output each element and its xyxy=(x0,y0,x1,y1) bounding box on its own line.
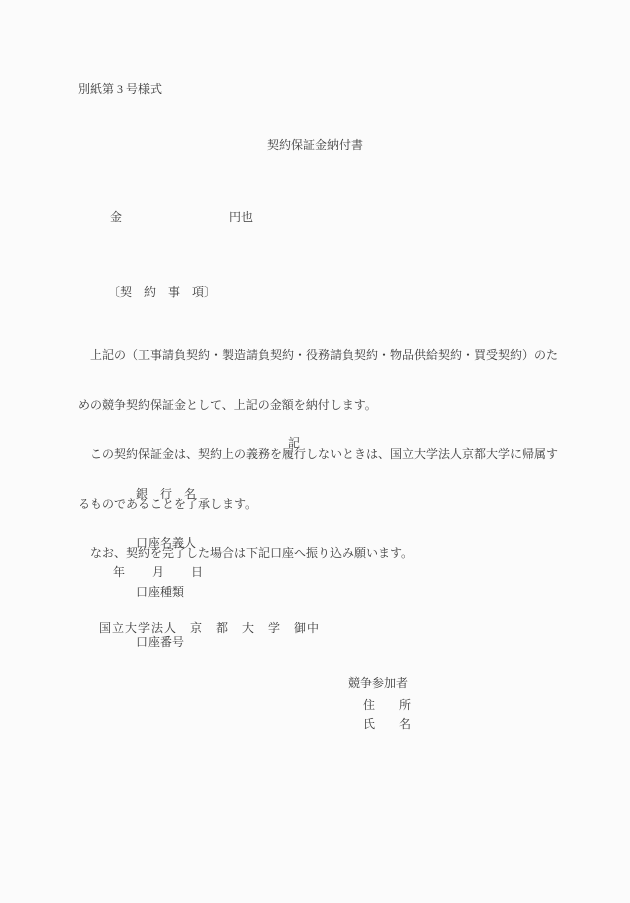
bank-name-label: 銀 行 名 xyxy=(136,485,196,504)
amount-prefix: 金 xyxy=(110,210,122,224)
bidder-heading: 競争参加者 xyxy=(348,676,408,690)
amount-suffix: 円也 xyxy=(229,210,253,224)
body-line-2: めの競争契約保証金として、上記の金額を納付します。 xyxy=(78,396,558,416)
account-number-label: 口座番号 xyxy=(136,633,196,652)
amount-value-blank xyxy=(125,210,225,224)
bidder-address-label: 住 所 xyxy=(363,698,411,712)
addressee: 国立大学法人 京 都 大 学 御中 xyxy=(99,621,320,635)
date-line: 年 月 日 xyxy=(113,565,204,579)
document-title: 契約保証金納付書 xyxy=(0,138,630,152)
bidder-name-label: 氏 名 xyxy=(363,717,411,731)
document-page: 別紙第 3 号様式 契約保証金納付書 金 円也 〔契 約 事 項〕 上記の（工事… xyxy=(0,0,630,903)
note-marker: 記 xyxy=(288,436,300,450)
account-type-label: 口座種類 xyxy=(136,583,196,602)
body-line-1: 上記の（工事請負契約・製造請負契約・役務請負契約・物品供給契約・買受契約）のた xyxy=(78,346,558,366)
account-holder-label: 口座名義人 xyxy=(136,534,196,553)
form-number: 別紙第 3 号様式 xyxy=(78,82,162,96)
contract-terms-header: 〔契 約 事 項〕 xyxy=(108,285,216,299)
